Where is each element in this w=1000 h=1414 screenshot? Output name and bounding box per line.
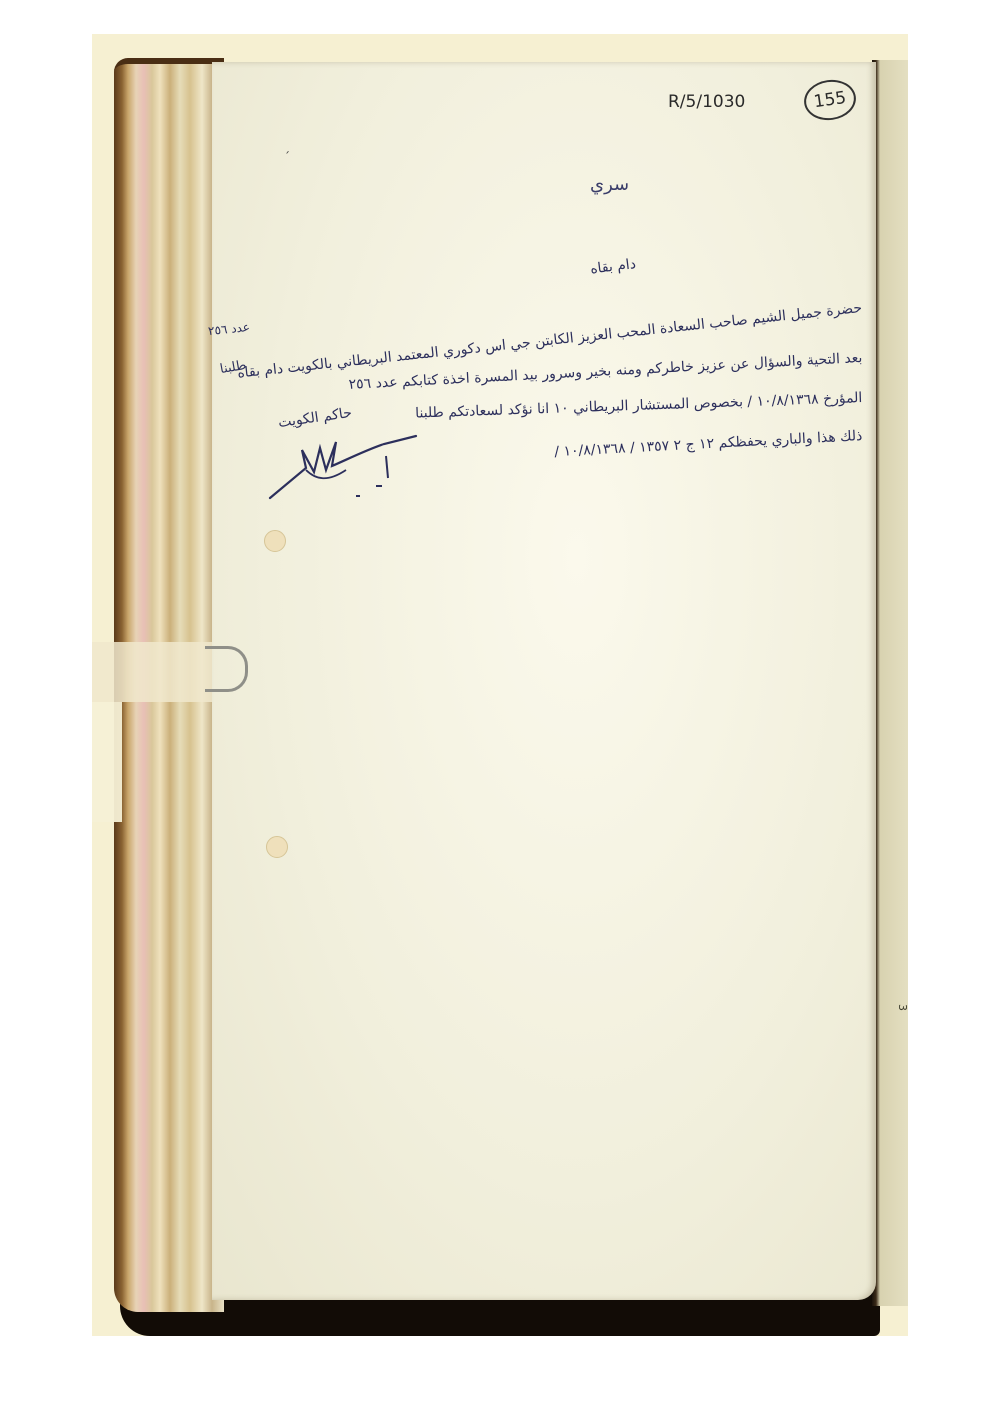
edge-note: 3 [896, 1004, 909, 1011]
pencil-tick-mark: ˊ [284, 150, 290, 164]
classification-heading: سري [590, 174, 629, 195]
punch-hole-top [264, 530, 286, 552]
book-right-edge [872, 60, 908, 1306]
paper-tab-lower [92, 702, 122, 822]
paperclip-icon [205, 646, 248, 692]
document-page [212, 62, 876, 1300]
folio-number: 155 [813, 88, 848, 112]
reference-number: R/5/1030 [668, 92, 745, 112]
punch-hole-bottom [266, 836, 288, 858]
signature-icon [266, 420, 426, 510]
paper-tab [92, 642, 212, 702]
